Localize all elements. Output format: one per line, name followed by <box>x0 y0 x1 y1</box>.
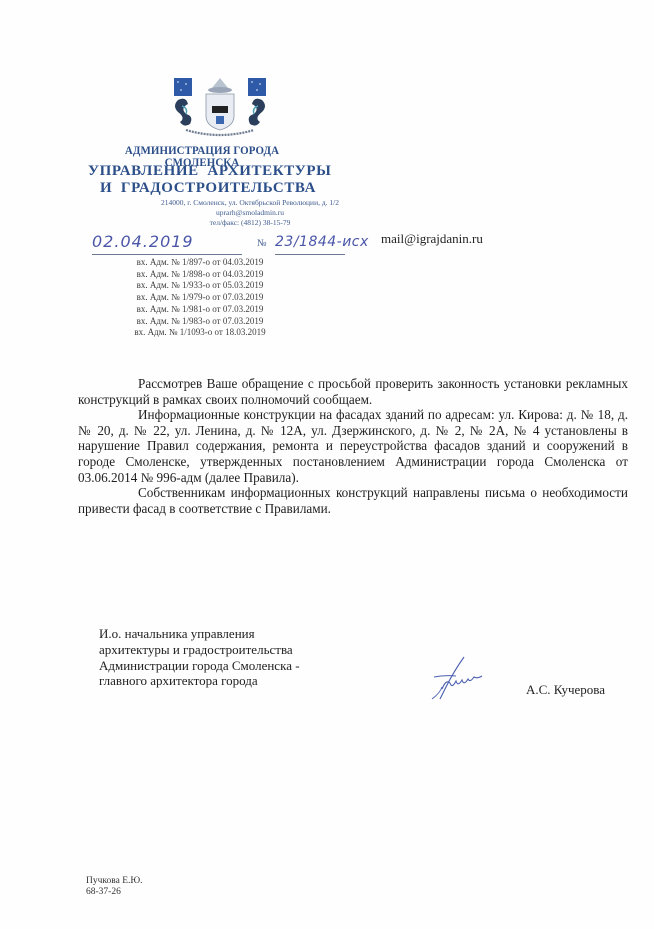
incoming-ref: вх. Адм. № 1/983-о от 07.03.2019 <box>100 316 300 328</box>
executor-phone: 68-37-26 <box>86 887 143 898</box>
registration-number-label: № <box>257 238 267 249</box>
incoming-ref: вх. Адм. № 1/898-о от 04.03.2019 <box>100 269 300 281</box>
incoming-ref: вх. Адм. № 1/979-о от 07.03.2019 <box>100 292 300 304</box>
addressee-email: mail@igrajdanin.ru <box>381 231 483 247</box>
organization-address: 214000, г. Смоленск, ул. Октябрьской Рев… <box>150 198 350 208</box>
executor-name: Пучкова Е.Ю. <box>86 876 143 887</box>
handwritten-signature-icon <box>428 655 490 703</box>
organization-contacts: 214000, г. Смоленск, ул. Октябрьской Рев… <box>150 198 350 228</box>
organization-email: uprarh@smoladmin.ru <box>150 208 350 218</box>
incoming-ref: вх. Адм. № 1/897-о от 04.03.2019 <box>100 257 300 269</box>
organization-phone: тел/факс: (4812) 38-15-79 <box>150 218 350 228</box>
signatory-title: И.о. начальника управления архитектуры и… <box>99 626 300 689</box>
executor-info: Пучкова Е.Ю. 68-37-26 <box>86 876 143 898</box>
signatory-title-line: главного архитектора города <box>99 673 300 689</box>
incoming-ref: вх. Адм. № 1/981-о от 07.03.2019 <box>100 304 300 316</box>
coat-of-arms-icon <box>172 72 268 142</box>
registration-number: 23/1844-исх <box>275 232 345 255</box>
department-line-2: И ГРАДОСТРОИТЕЛЬСТВА <box>88 180 328 197</box>
department-line-1: УПРАВЛЕНИЕ АРХИТЕКТУРЫ <box>88 163 328 180</box>
signatory-title-line: Администрации города Смоленска - <box>99 658 300 674</box>
incoming-ref: вх. Адм. № 1/933-о от 05.03.2019 <box>100 280 300 292</box>
signatory-name: А.С. Кучерова <box>526 682 605 698</box>
signatory-title-line: архитектуры и градостроительства <box>99 642 300 658</box>
letter-body: Рассмотрев Ваше обращение с просьбой про… <box>78 376 628 516</box>
body-paragraph: Рассмотрев Ваше обращение с просьбой про… <box>78 376 628 407</box>
body-paragraph: Информационные конструкции на фасадах зд… <box>78 407 628 485</box>
registration-date: 02.04.2019 <box>92 232 242 255</box>
department-name: УПРАВЛЕНИЕ АРХИТЕКТУРЫ И ГРАДОСТРОИТЕЛЬС… <box>88 163 328 197</box>
incoming-ref: вх. Адм. № 1/1093-о от 18.03.2019 <box>100 327 300 339</box>
incoming-references: вх. Адм. № 1/897-о от 04.03.2019 вх. Адм… <box>100 257 300 339</box>
signatory-title-line: И.о. начальника управления <box>99 626 300 642</box>
body-paragraph: Собственникам информационных конструкций… <box>78 485 628 516</box>
letter-page: АДМИНИСТРАЦИЯ ГОРОДА СМОЛЕНСКА УПРАВЛЕНИ… <box>0 0 654 929</box>
